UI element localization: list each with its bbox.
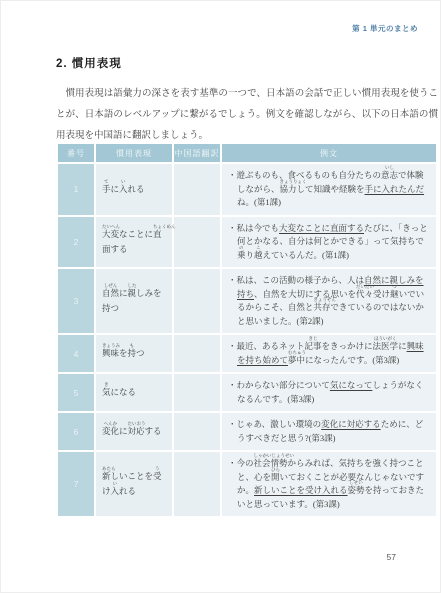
table-row: 3 しぜん自然にした親しみを持つ ・私は、この活動の様子から、人は自然に親しみを… xyxy=(58,269,436,333)
idiom-expression-cell: きょうみ興味をも持つ xyxy=(96,335,172,372)
intro-paragraph: 慣用表現は語彙力の深さを表す基準の一つで、日本語の会話で正しい慣用表現を使うこと… xyxy=(56,84,438,147)
example-sentence-cell: ・遊ぶものも、食べるものも自分たちのいし意志で体験しながら、きょうりょく協力して… xyxy=(222,164,436,215)
row-number-cell: 3 xyxy=(58,269,94,333)
col-header-example: 例文 xyxy=(222,144,436,162)
translation-cell xyxy=(174,452,220,516)
example-sentence-cell: ・じゃあ、激しい環境の変化に対応するために、どうすべきだと思う?(第3課) xyxy=(222,413,436,450)
col-header-number: 番号 xyxy=(58,144,94,162)
table-row: 6 へんか変化にたいおう対応する ・じゃあ、激しい環境の変化に対応するために、ど… xyxy=(58,413,436,450)
translation-cell xyxy=(174,217,220,268)
col-header-translation: 中国語翻訳 xyxy=(174,144,220,162)
translation-cell xyxy=(174,335,220,372)
row-number-cell: 7 xyxy=(58,452,94,516)
table-row: 2 たいへん大変なことにちょくめん直面する ・私は今でも大変なことに直面するたび… xyxy=(58,217,436,268)
translation-cell xyxy=(174,164,220,215)
idiom-expression-cell: あたら新しいことをう受けい入れる xyxy=(96,452,172,516)
example-sentence-cell: ・私は、この活動の様子から、人は自然に親しみを持ち、自然を大切にする思いをだいだ… xyxy=(222,269,436,333)
translation-cell xyxy=(174,413,220,450)
idiom-table-body: 1 て手にい入れる ・遊ぶものも、食べるものも自分たちのいし意志で体験しながら、… xyxy=(58,164,436,516)
idiom-expression-cell: て手にい入れる xyxy=(96,164,172,215)
idiom-expression-cell: たいへん大変なことにちょくめん直面する xyxy=(96,217,172,268)
table-row: 4 きょうみ興味をも持つ ・最近、あるネットきじ記事をきっかけにほういがく法医学… xyxy=(58,335,436,372)
example-sentence-cell: ・最近、あるネットきじ記事をきっかけにほういがく法医学に興味を持ち始めてむちゅう… xyxy=(222,335,436,372)
idiom-expression-cell: へんか変化にたいおう対応する xyxy=(96,413,172,450)
row-number-cell: 2 xyxy=(58,217,94,268)
page-number: 57 xyxy=(387,552,396,562)
table-row: 1 て手にい入れる ・遊ぶものも、食べるものも自分たちのいし意志で体験しながら、… xyxy=(58,164,436,215)
col-header-expression: 慣用表現 xyxy=(96,144,172,162)
section-title: 2. 慣用表現 xyxy=(56,55,122,71)
table-header-row: 番号 慣用表現 中国語翻訳 例文 xyxy=(58,144,436,162)
table-row: 7 あたら新しいことをう受けい入れる ・今のしゃかいじょうせい社会情勢からみれば… xyxy=(58,452,436,516)
translation-cell xyxy=(174,269,220,333)
row-number-cell: 4 xyxy=(58,335,94,372)
row-number-cell: 1 xyxy=(58,164,94,215)
example-sentence-cell: ・私は今でも大変なことに直面するたびに、「きっと何とかなる、自分は何とかできる」… xyxy=(222,217,436,268)
running-header: 第 1 単元のまとめ xyxy=(352,23,418,34)
document-page: 第 1 単元のまとめ 2. 慣用表現 慣用表現は語彙力の深さを表す基準の一つで、… xyxy=(0,0,441,593)
row-number-cell: 5 xyxy=(58,374,94,411)
example-sentence-cell: ・今のしゃかいじょうせい社会情勢からみれば、気持ちを強く持つことと、心をひら開い… xyxy=(222,452,436,516)
idiom-expression-cell: き気になる xyxy=(96,374,172,411)
translation-cell xyxy=(174,374,220,411)
table-row: 5 き気になる ・わからない部分について気になってしょうがなくなるんです。(第3… xyxy=(58,374,436,411)
idiom-expression-cell: しぜん自然にした親しみを持つ xyxy=(96,269,172,333)
row-number-cell: 6 xyxy=(58,413,94,450)
example-sentence-cell: ・わからない部分について気になってしょうがなくなるんです。(第3課) xyxy=(222,374,436,411)
idiom-table: 番号 慣用表現 中国語翻訳 例文 1 て手にい入れる ・遊ぶものも、食べるものも… xyxy=(56,142,438,518)
